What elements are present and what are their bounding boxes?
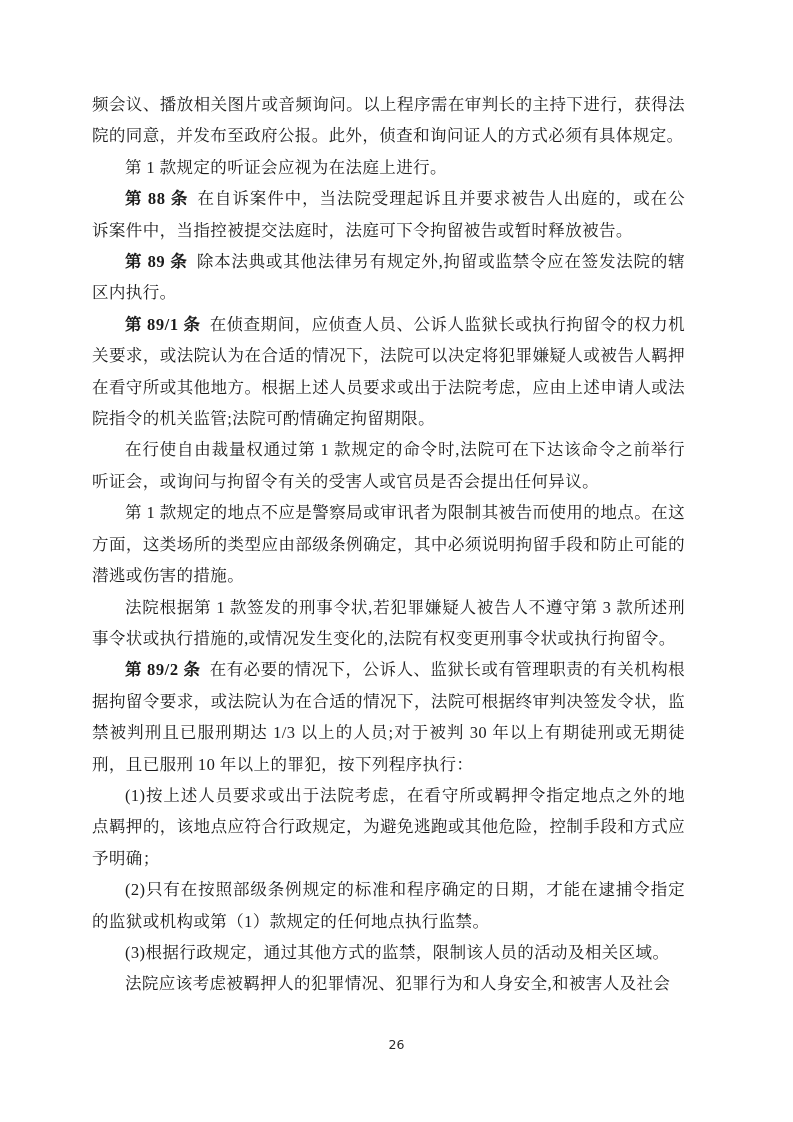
- paragraph: 第 89/2 条在有必要的情况下，公诉人、监狱长或有管理职责的有关机构根据拘留令…: [92, 654, 685, 780]
- page-number: 26: [0, 1037, 793, 1052]
- paragraph-text: 法院根据第 1 款签发的刑事令状,若犯罪嫌疑人被告人不遵守第 3 款所述刑事令状…: [92, 598, 685, 648]
- paragraph: 频会议、播放相关图片或音频询问。以上程序需在审判长的主持下进行，获得法院的同意，…: [92, 89, 685, 152]
- paragraph-text: 第 1 款规定的地点不应是警察局或审讯者为限制其被告而使用的地点。在这方面，这类…: [92, 503, 685, 585]
- paragraph: 第 1 款规定的听证会应视为在法庭上进行。: [92, 152, 685, 183]
- article-number: 第 89/1 条: [125, 315, 201, 334]
- paragraph: 第 89/1 条在侦查期间，应侦查人员、公诉人监狱长或执行拘留令的权力机关要求，…: [92, 309, 685, 435]
- paragraph: 第 88 条在自诉案件中，当法院受理起诉且并要求被告人出庭的，或在公诉案件中，当…: [92, 183, 685, 246]
- paragraph-text: 第 1 款规定的听证会应视为在法庭上进行。: [125, 158, 447, 177]
- paragraph: (2)只有在按照部级条例规定的标准和程序确定的日期，才能在逮捕令指定的监狱或机构…: [92, 874, 685, 937]
- paragraph-text: (3)根据行政规定，通过其他方式的监禁，限制该人员的活动及相关区域。: [125, 943, 669, 962]
- paragraph: 第 89 条除本法典或其他法律另有规定外,拘留或监禁令应在签发法院的辖区内执行。: [92, 246, 685, 309]
- paragraph: (3)根据行政规定，通过其他方式的监禁，限制该人员的活动及相关区域。: [92, 937, 685, 968]
- document-page: 频会议、播放相关图片或音频询问。以上程序需在审判长的主持下进行，获得法院的同意，…: [0, 0, 793, 1122]
- article-number: 第 89/2 条: [125, 660, 201, 679]
- article-number: 第 89 条: [125, 252, 188, 271]
- article-number: 第 88 条: [125, 189, 188, 208]
- paragraph: 第 1 款规定的地点不应是警察局或审讯者为限制其被告而使用的地点。在这方面，这类…: [92, 497, 685, 591]
- paragraph-text: 频会议、播放相关图片或音频询问。以上程序需在审判长的主持下进行，获得法院的同意，…: [92, 95, 685, 145]
- paragraph: 在行使自由裁量权通过第 1 款规定的命令时,法院可在下达该命令之前举行听证会，或…: [92, 434, 685, 497]
- paragraph-text: (2)只有在按照部级条例规定的标准和程序确定的日期，才能在逮捕令指定的监狱或机构…: [92, 880, 685, 930]
- document-body: 频会议、播放相关图片或音频询问。以上程序需在审判长的主持下进行，获得法院的同意，…: [92, 89, 685, 1000]
- paragraph-text: 在行使自由裁量权通过第 1 款规定的命令时,法院可在下达该命令之前举行听证会，或…: [92, 440, 685, 490]
- paragraph: (1)按上述人员要求或出于法院考虑，在看守所或羁押令指定地点之外的地点羁押的，该…: [92, 780, 685, 874]
- paragraph: 法院应该考虑被羁押人的犯罪情况、犯罪行为和人身安全,和被害人及社会: [92, 968, 685, 999]
- paragraph-text: (1)按上述人员要求或出于法院考虑，在看守所或羁押令指定地点之外的地点羁押的，该…: [92, 786, 685, 868]
- paragraph: 法院根据第 1 款签发的刑事令状,若犯罪嫌疑人被告人不遵守第 3 款所述刑事令状…: [92, 592, 685, 655]
- paragraph-text: 法院应该考虑被羁押人的犯罪情况、犯罪行为和人身安全,和被害人及社会: [125, 974, 670, 993]
